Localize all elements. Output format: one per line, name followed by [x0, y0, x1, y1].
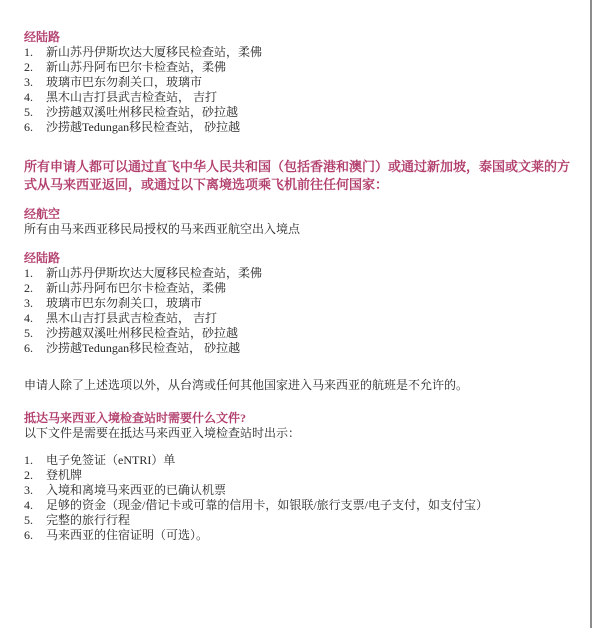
checkpoint-text: 沙捞越双溪吐州移民检查站，砂拉越 [46, 105, 238, 120]
taiwan-restriction-note: 申请人除了上述选项以外，从台湾或任何其他国家进入马来西亚的航班是不允许的。 [24, 378, 567, 393]
list-item: 玻璃市巴东勿刹关口，玻璃市 [24, 75, 567, 90]
air-route-section: 经航空 所有由马来西亚移民局授权的马来西亚航空出入境点 [24, 207, 567, 237]
list-item: 完整的旅行行程 [24, 513, 567, 528]
list-item: 电子免签证（eNTRI）单 [24, 453, 567, 468]
document-text: 完整的旅行行程 [46, 513, 130, 528]
checkpoint-text: 黑木山吉打县武吉检查站， 吉打 [46, 311, 217, 326]
checkpoint-text: 玻璃市巴东勿刹关口，玻璃市 [46, 296, 202, 311]
checkpoint-text: 黑木山吉打县武吉检查站， 吉打 [46, 90, 217, 105]
required-documents-intro: 以下文件是需要在抵达马来西亚入境检查站时出示： [24, 426, 567, 441]
list-item: 新山苏丹伊斯坎达大厦移民检查站，柔佛 [24, 45, 567, 60]
list-item: 黑木山吉打县武吉检查站， 吉打 [24, 311, 567, 326]
document-text: 入境和离境马来西亚的已确认机票 [46, 483, 226, 498]
checkpoint-text: 新山苏丹阿布巴尔卡检查站，柔佛 [46, 60, 226, 75]
required-documents-list: 电子免签证（eNTRI）单 登机牌 入境和离境马来西亚的已确认机票 足够的资金（… [24, 453, 567, 543]
list-item: 新山苏丹阿布巴尔卡检查站，柔佛 [24, 281, 567, 296]
required-documents-heading: 抵达马来西亚入境检查站时需要什么文件? [24, 411, 567, 426]
air-route-text: 所有由马来西亚移民局授权的马来西亚航空出入境点 [24, 222, 567, 237]
document-text: 足够的资金（现金/借记卡或可靠的信用卡，如银联/旅行支票/电子支付，如支付宝） [46, 498, 488, 513]
checkpoint-text: 新山苏丹伊斯坎达大厦移民检查站，柔佛 [46, 266, 262, 281]
land-checkpoint-list-2: 新山苏丹伊斯坎达大厦移民检查站，柔佛 新山苏丹阿布巴尔卡检查站，柔佛 玻璃市巴东… [24, 266, 567, 356]
land-route-heading-2: 经陆路 [24, 251, 567, 266]
list-item: 足够的资金（现金/借记卡或可靠的信用卡，如银联/旅行支票/电子支付，如支付宝） [24, 498, 567, 513]
checkpoint-text: 玻璃市巴东勿刹关口，玻璃市 [46, 75, 202, 90]
list-item: 沙捞越Tedungan移民检查站， 砂拉越 [24, 120, 567, 135]
checkpoint-text: 沙捞越双溪吐州移民检查站，砂拉越 [46, 326, 238, 341]
page-right-edge [590, 0, 592, 628]
land-route-section-2: 经陆路 新山苏丹伊斯坎达大厦移民检查站，柔佛 新山苏丹阿布巴尔卡检查站，柔佛 玻… [24, 251, 567, 356]
checkpoint-text: 新山苏丹伊斯坎达大厦移民检查站，柔佛 [46, 45, 262, 60]
land-checkpoint-list-1: 新山苏丹伊斯坎达大厦移民检查站，柔佛 新山苏丹阿布巴尔卡检查站，柔佛 玻璃市巴东… [24, 45, 567, 135]
list-item: 沙捞越Tedungan移民检查站， 砂拉越 [24, 341, 567, 356]
list-item: 入境和离境马来西亚的已确认机票 [24, 483, 567, 498]
land-route-heading-1: 经陆路 [24, 30, 567, 45]
list-item: 沙捞越双溪吐州移民检查站，砂拉越 [24, 105, 567, 120]
list-item: 登机牌 [24, 468, 567, 483]
document-text: 马来西亚的住宿证明（可选）。 [46, 528, 208, 543]
checkpoint-text: 沙捞越Tedungan移民检查站， 砂拉越 [46, 341, 240, 356]
list-item: 玻璃市巴东勿刹关口，玻璃市 [24, 296, 567, 311]
list-item: 新山苏丹阿布巴尔卡检查站，柔佛 [24, 60, 567, 75]
exit-options-notice: 所有申请人都可以通过直飞中华人民共和国（包括香港和澳门）或通过新加坡，泰国或文莱… [24, 158, 572, 194]
list-item: 马来西亚的住宿证明（可选）。 [24, 528, 567, 543]
list-item: 沙捞越双溪吐州移民检查站，砂拉越 [24, 326, 567, 341]
document-text: 登机牌 [46, 468, 82, 483]
document-text: 电子免签证（eNTRI）单 [46, 453, 175, 468]
list-item: 新山苏丹伊斯坎达大厦移民检查站，柔佛 [24, 266, 567, 281]
document-page: 经陆路 新山苏丹伊斯坎达大厦移民检查站，柔佛 新山苏丹阿布巴尔卡检查站，柔佛 玻… [0, 0, 595, 628]
required-documents-section: 抵达马来西亚入境检查站时需要什么文件? 以下文件是需要在抵达马来西亚入境检查站时… [24, 411, 567, 543]
checkpoint-text: 沙捞越Tedungan移民检查站， 砂拉越 [46, 120, 240, 135]
land-route-section-1: 经陆路 新山苏丹伊斯坎达大厦移民检查站，柔佛 新山苏丹阿布巴尔卡检查站，柔佛 玻… [24, 30, 567, 135]
list-item: 黑木山吉打县武吉检查站， 吉打 [24, 90, 567, 105]
air-route-heading: 经航空 [24, 207, 567, 222]
checkpoint-text: 新山苏丹阿布巴尔卡检查站，柔佛 [46, 281, 226, 296]
